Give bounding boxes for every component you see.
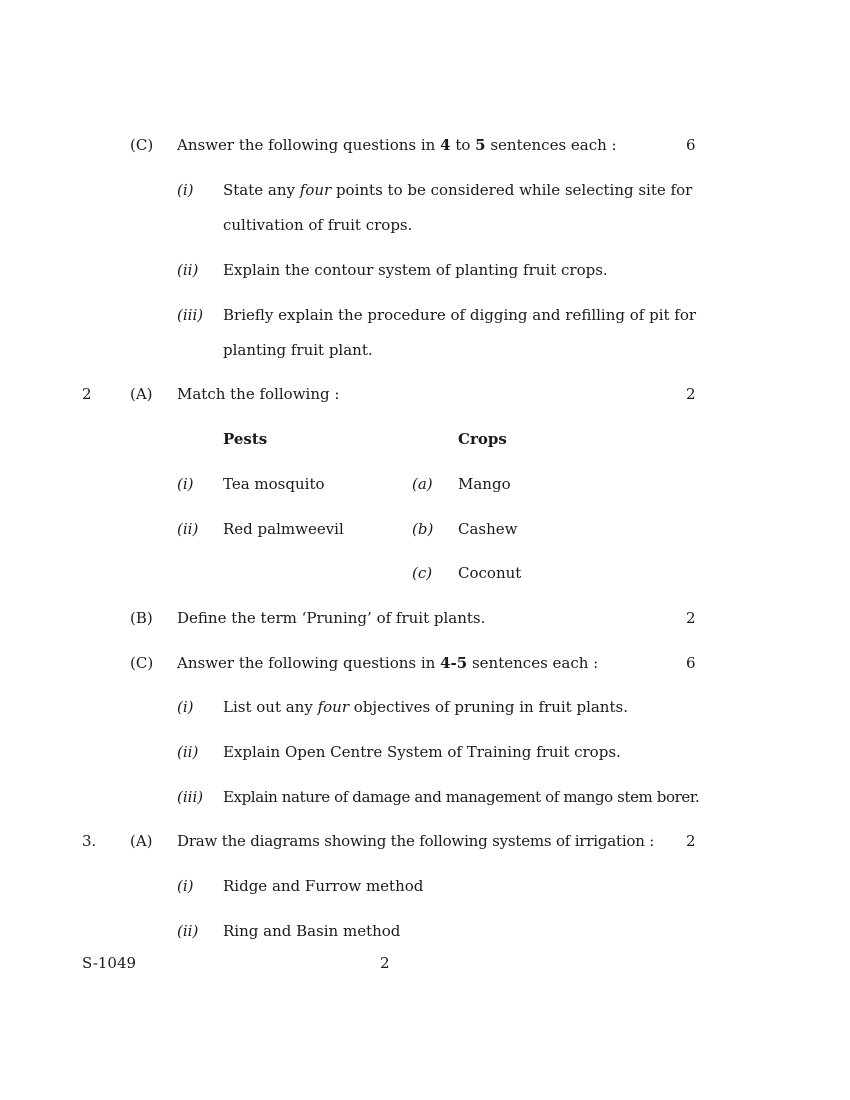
pest-name: Tea mosquito <box>223 475 325 493</box>
crop-name: Cashew <box>458 520 518 538</box>
pest-number: (i) <box>177 475 194 493</box>
part-label: (C) <box>130 654 153 672</box>
marks: 6 <box>686 654 696 672</box>
item-number: (ii) <box>177 743 198 761</box>
marks: 2 <box>686 832 696 850</box>
item-text: Briefly explain the procedure of digging… <box>223 306 696 324</box>
part-instruction: Answer the following questions in 4-5 se… <box>177 654 598 672</box>
item-text: Ridge and Furrow method <box>223 877 423 895</box>
part-label: (A) <box>130 385 153 403</box>
item-number: (i) <box>177 181 194 199</box>
item-text: List out any four objectives of pruning … <box>223 698 628 716</box>
question-number: 2 <box>82 385 92 403</box>
part-instruction: Match the following : <box>177 385 339 403</box>
crop-name: Mango <box>458 475 511 493</box>
item-text: Explain the contour system of planting f… <box>223 261 608 279</box>
part-instruction: Draw the diagrams showing the following … <box>177 832 654 850</box>
item-text-continued: cultivation of fruit crops. <box>223 216 412 234</box>
marks: 2 <box>686 609 696 627</box>
item-number: (iii) <box>177 306 203 324</box>
item-number: (iii) <box>177 788 203 806</box>
part-instruction: Answer the following questions in 4 to 5… <box>177 136 617 154</box>
crop-name: Coconut <box>458 564 521 582</box>
item-number: (i) <box>177 698 194 716</box>
crop-letter: (a) <box>412 475 433 493</box>
part-instruction: Define the term ‘Pruning’ of fruit plant… <box>177 609 485 627</box>
item-text: Explain nature of damage and management … <box>223 788 699 806</box>
item-number: (i) <box>177 877 194 895</box>
part-label: (A) <box>130 832 153 850</box>
page-number: 2 <box>380 954 390 972</box>
pest-number: (ii) <box>177 520 198 538</box>
item-text: State any four points to be considered w… <box>223 181 692 199</box>
part-label: (B) <box>130 609 153 627</box>
item-text: Explain Open Centre System of Training f… <box>223 743 621 761</box>
item-text-continued: planting fruit plant. <box>223 341 373 359</box>
crop-letter: (b) <box>412 520 433 538</box>
paper-code: S-1049 <box>82 954 136 972</box>
crop-letter: (c) <box>412 564 432 582</box>
pests-header: Pests <box>223 430 267 448</box>
marks: 6 <box>686 136 696 154</box>
item-number: (ii) <box>177 922 198 940</box>
pest-name: Red palmweevil <box>223 520 344 538</box>
question-number: 3. <box>82 832 96 850</box>
item-text: Ring and Basin method <box>223 922 400 940</box>
part-label: (C) <box>130 136 153 154</box>
marks: 2 <box>686 385 696 403</box>
item-number: (ii) <box>177 261 198 279</box>
crops-header: Crops <box>458 430 507 448</box>
